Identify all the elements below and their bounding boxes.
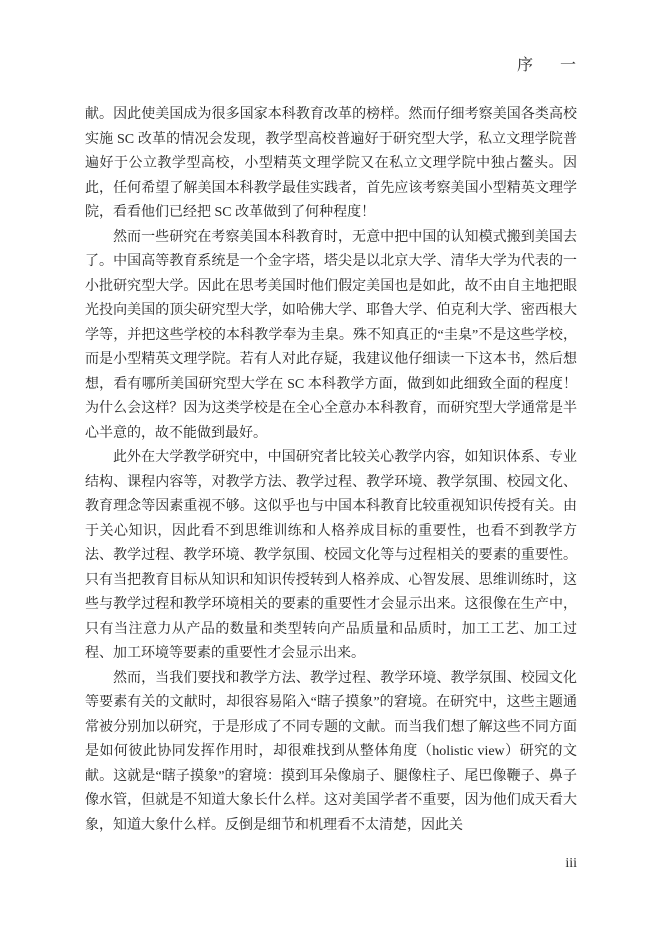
header-section-label: 序 bbox=[517, 57, 534, 74]
paragraph: 献。因此使美国成为很多国家本科教育改革的榜样。然而仔细考察美国各类高校实施 SC… bbox=[85, 103, 577, 226]
paragraph: 然而一些研究在考察美国本科教育时，无意中把中国的认知模式搬到美国去了。中国高等教… bbox=[85, 226, 577, 447]
paragraph: 此外在大学教学研究中，中国研究者比较关心教学内容，如知识体系、专业结构、课程内容… bbox=[85, 446, 577, 667]
page-number: iii bbox=[565, 856, 577, 872]
header-section-number: 一 bbox=[560, 52, 577, 75]
paragraph: 然而，当我们要找和教学方法、教学过程、教学环境、教学氛围、校园文化等要素有关的文… bbox=[85, 667, 577, 839]
page-header: 序一 bbox=[85, 52, 577, 75]
book-page: 序一 献。因此使美国成为很多国家本科教育改革的榜样。然而仔细考察美国各类高校实施… bbox=[0, 0, 661, 925]
body-text: 献。因此使美国成为很多国家本科教育改革的榜样。然而仔细考察美国各类高校实施 SC… bbox=[85, 103, 577, 838]
